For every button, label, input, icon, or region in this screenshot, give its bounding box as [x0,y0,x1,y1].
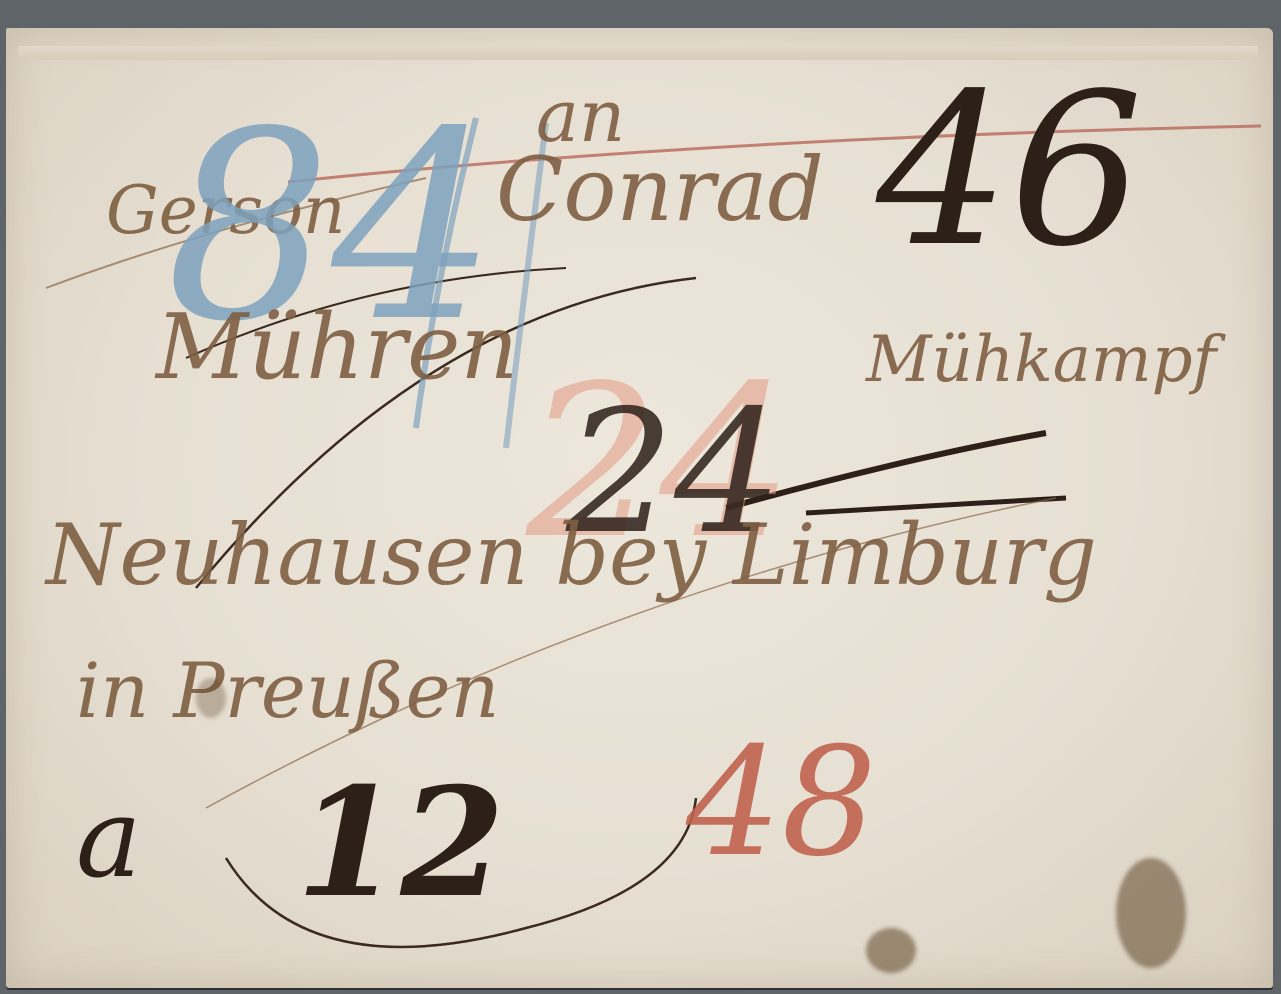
address-neuhausen: Neuhausen bey Limburg [46,513,1097,597]
address-muhren: Mühren [156,303,518,393]
address-muhkampf: Mühkampf [866,328,1216,392]
ink-stain [1116,858,1186,968]
red-rate-48: 48 [686,728,877,878]
black-rate-46: 46 [876,66,1143,276]
ink-stain [196,678,226,718]
black-prefix-a: a [76,783,142,893]
ink-stain [866,928,916,973]
letter-cover: an Conrad Gerson 84 Mühren 46 Mühkampf 2… [6,28,1273,988]
address-preussen: in Preußen [76,653,500,729]
address-conrad: Conrad [496,146,824,234]
black-rate-12: 12 [296,768,505,918]
